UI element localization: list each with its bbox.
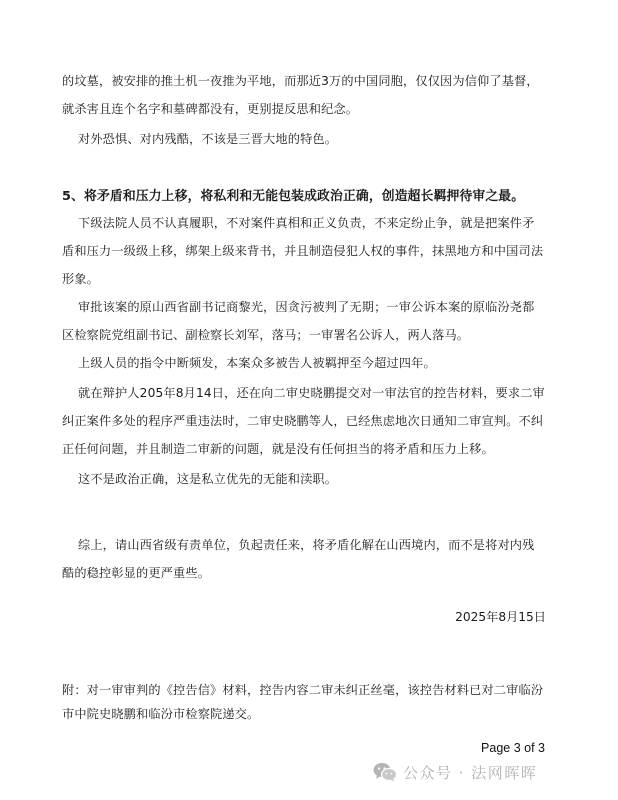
- paragraph: 上级人员的指令中断频发，本案众多被告人被羁押至今超过四年。: [62, 349, 562, 377]
- text-line: 就杀害且连个名字和墓碑都没有，更别提反思和纪念。: [62, 95, 562, 123]
- section-heading: 5、将矛盾和压力上移，将私利和无能包装成政治正确，创造超长羁押待审之最。: [62, 183, 562, 211]
- text-line: 下级法院人员不认真履职，不对案件真相和正义负责，不来定纷止争，就是把案件矛: [62, 209, 562, 237]
- text-line: 酷的稳控彰显的更严重些。: [62, 559, 562, 587]
- paragraph: 审批该案的原山西省副书记商黎光，因贪污被判了无期；一审公诉本案的原临汾尧都 区检…: [62, 293, 562, 349]
- page-number: Page 3 of 3: [0, 741, 545, 755]
- text-line: 区检察院党组副书记、副检察长刘军，落马；一审署名公诉人，两人落马。: [62, 321, 562, 349]
- text-line: 就在辩护人205年8月14日，还在向二审史晓鹏提交对一审法官的控告材料，要求二审: [62, 379, 562, 407]
- paragraph: 就在辩护人205年8月14日，还在向二审史晓鹏提交对一审法官的控告材料，要求二审…: [62, 379, 562, 463]
- document-page: 的坟墓，被安排的推土机一夜推为平地，而那近3万的中国同胞，仅仅因为信仰了基督， …: [0, 0, 618, 800]
- paragraph: 这不是政治正确，这是私立优先的无能和渎职。: [62, 465, 562, 493]
- watermark-text: 公众号 · 法网晖晖: [403, 762, 537, 783]
- watermark: 公众号 · 法网晖晖: [373, 757, 537, 787]
- text-line: 盾和压力一级级上移，绑架上级来背书，并且制造侵犯人权的事件，抹黑地方和中国司法: [62, 237, 562, 265]
- text-line: 审批该案的原山西省副书记商黎光，因贪污被判了无期；一审公诉本案的原临汾尧都: [62, 293, 562, 321]
- text-line: 纠正案件多处的程序严重违法时，二审史晓鹏等人，已经焦虑地次日通知二审宣判。不纠: [62, 407, 562, 435]
- document-date: 2025年8月15日: [0, 608, 546, 625]
- text-line: 这不是政治正确，这是私立优先的无能和渎职。: [62, 465, 562, 493]
- text-line: 市中院史晓鹏和临汾市检察院递交。: [62, 702, 562, 726]
- text-line: 正任何问题，并且制造二审新的问题，就是没有任何担当的将矛盾和压力上移。: [62, 435, 562, 463]
- text-line: 综上，请山西省级有责单位，负起责任来，将矛盾化解在山西境内，而不是将对内残: [62, 531, 562, 559]
- paragraph-continuation: 的坟墓，被安排的推土机一夜推为平地，而那近3万的中国同胞，仅仅因为信仰了基督， …: [62, 67, 562, 123]
- section-5-title: 5、将矛盾和压力上移，将私利和无能包装成政治正确，创造超长羁押待审之最。: [62, 183, 562, 211]
- text-line: 上级人员的指令中断频发，本案众多被告人被羁押至今超过四年。: [62, 349, 562, 377]
- wechat-icon: [373, 762, 397, 782]
- text-line: 的坟墓，被安排的推土机一夜推为平地，而那近3万的中国同胞，仅仅因为信仰了基督，: [62, 67, 562, 95]
- text-line: 形象。: [62, 265, 562, 293]
- attachment-note: 附：对一审审判的《控告信》材料，控告内容二审未纠正丝毫，该控告材料已对二审临汾 …: [62, 678, 562, 726]
- paragraph: 下级法院人员不认真履职，不对案件真相和正义负责，不来定纷止争，就是把案件矛 盾和…: [62, 209, 562, 293]
- text-line: 对外恐惧、对内残酷，不该是三晋大地的特色。: [62, 125, 562, 153]
- text-line: 附：对一审审判的《控告信》材料，控告内容二审未纠正丝毫，该控告材料已对二审临汾: [62, 678, 562, 702]
- conclusion-paragraph: 综上，请山西省级有责单位，负起责任来，将矛盾化解在山西境内，而不是将对内残 酷的…: [62, 531, 562, 587]
- paragraph: 对外恐惧、对内残酷，不该是三晋大地的特色。: [62, 125, 562, 153]
